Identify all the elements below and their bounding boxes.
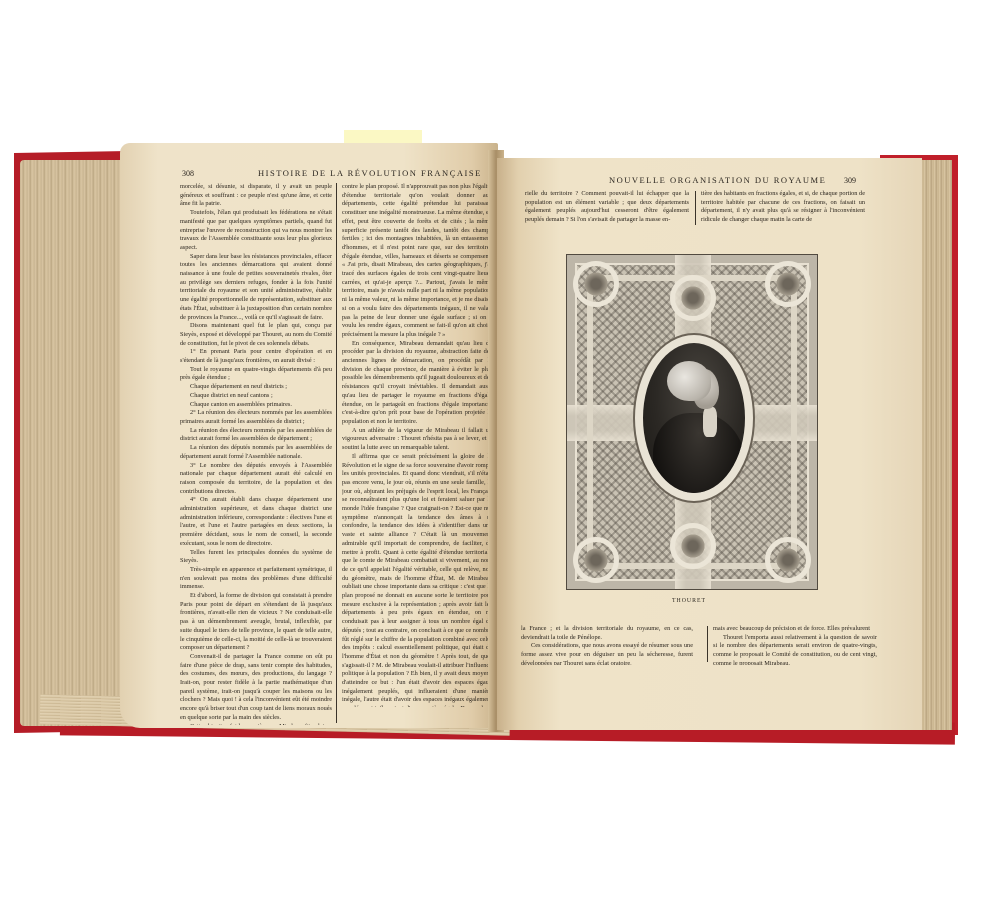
paragraph: Convenait-il de partager la France comme…: [180, 653, 332, 723]
paragraph: 1° En prenant Paris pour centre d'opérat…: [180, 348, 332, 365]
paragraph: Chaque canton en assemblées primaires.: [180, 401, 332, 410]
paragraph: 2° La réunion des électeurs nommés par l…: [180, 409, 332, 426]
oval-medallion: [633, 333, 755, 503]
paragraph: A un athlète de la vigueur de Mirabeau i…: [342, 427, 492, 453]
scroll-ornament-icon: [670, 523, 716, 569]
scroll-ornament-icon: [765, 261, 811, 307]
paragraph: mais avec beaucoup de précision et de fo…: [713, 625, 877, 634]
page-edges-right: [918, 160, 952, 730]
paragraph: Et d'abord, la forme de division qui con…: [180, 592, 332, 653]
paragraph: Chaque département en neuf districts ;: [180, 383, 332, 392]
paragraph: La réunion des électeurs nommés par les …: [180, 427, 332, 444]
paragraph: Tout le royaume en quatre-vingts départe…: [180, 366, 332, 383]
text-column-bottom-1: la France ; et la division territoriale …: [521, 625, 693, 665]
portrait-thouret: [643, 343, 745, 493]
illustration-caption: THOURET: [672, 598, 706, 604]
portrait-cravat: [703, 407, 717, 437]
column-rule: [707, 626, 708, 662]
paragraph: 4° On aurait établi dans chaque départem…: [180, 496, 332, 548]
text-column-1: morcelée, si désunie, si disparate, il y…: [180, 183, 332, 725]
sticky-note-tab: [344, 130, 422, 144]
column-rule: [695, 191, 696, 225]
paragraph: Cette objection fut la première que Mira…: [180, 723, 332, 725]
paragraph: la France ; et la division territoriale …: [521, 625, 693, 642]
paragraph: Il affirma que ce serait précisément la …: [342, 453, 492, 707]
scroll-ornament-icon: [573, 261, 619, 307]
paragraph: rielle du territoire ? Comment pouvait-i…: [525, 190, 689, 225]
running-head: NOUVELLE ORGANISATION DU ROYAUME: [609, 175, 826, 185]
paragraph: En conséquence, Mirabeau demandait qu'au…: [342, 340, 492, 427]
paragraph: Disons maintenant quel fut le plan qui, …: [180, 322, 332, 348]
paragraph: Saper dans leur base les résistances pro…: [180, 253, 332, 323]
page-edges-left: [20, 160, 132, 726]
paragraph: Telles furent les principales données du…: [180, 549, 332, 566]
scroll-ornament-icon: [573, 537, 619, 583]
text-column-top-2: tière des habitants en fractions égales,…: [701, 190, 865, 226]
paragraph: Toutefois, l'élan qui produisait les féd…: [180, 209, 332, 253]
paragraph: La réunion des députés nommés par les as…: [180, 444, 332, 461]
paragraph: morcelée, si désunie, si disparate, il y…: [180, 183, 332, 209]
portrait-coat: [653, 413, 745, 493]
text-column-bottom-2: mais avec beaucoup de précision et de fo…: [713, 625, 877, 665]
page-number: 309: [844, 176, 856, 185]
text-column-top-1: rielle du territoire ? Comment pouvait-i…: [525, 190, 689, 226]
scroll-ornament-icon: [670, 275, 716, 321]
paragraph: tière des habitants en fractions égales,…: [701, 190, 865, 225]
paragraph: Très-simple en apparence et parfaitement…: [180, 566, 332, 592]
left-page: 308 HISTOIRE DE LA RÉVOLUTION FRANÇAISE …: [120, 143, 498, 728]
paragraph: Ces considérations, que nous avons essay…: [521, 642, 693, 665]
page-number: 308: [182, 169, 194, 178]
portrait-wig: [667, 361, 711, 401]
column-rule: [336, 183, 337, 723]
running-head: HISTOIRE DE LA RÉVOLUTION FRANÇAISE: [258, 168, 482, 178]
paragraph: contre le plan proposé. Il n'approuvait …: [342, 183, 492, 340]
scroll-ornament-icon: [765, 537, 811, 583]
text-column-2: contre le plan proposé. Il n'approuvait …: [342, 183, 492, 707]
engraved-portrait-plate: [566, 254, 818, 590]
paragraph: 3° Le nombre des députés envoyés à l'Ass…: [180, 462, 332, 497]
paragraph: Thouret l'emporta aussi relativement à l…: [713, 634, 877, 665]
paragraph: Chaque district en neuf cantons ;: [180, 392, 332, 401]
